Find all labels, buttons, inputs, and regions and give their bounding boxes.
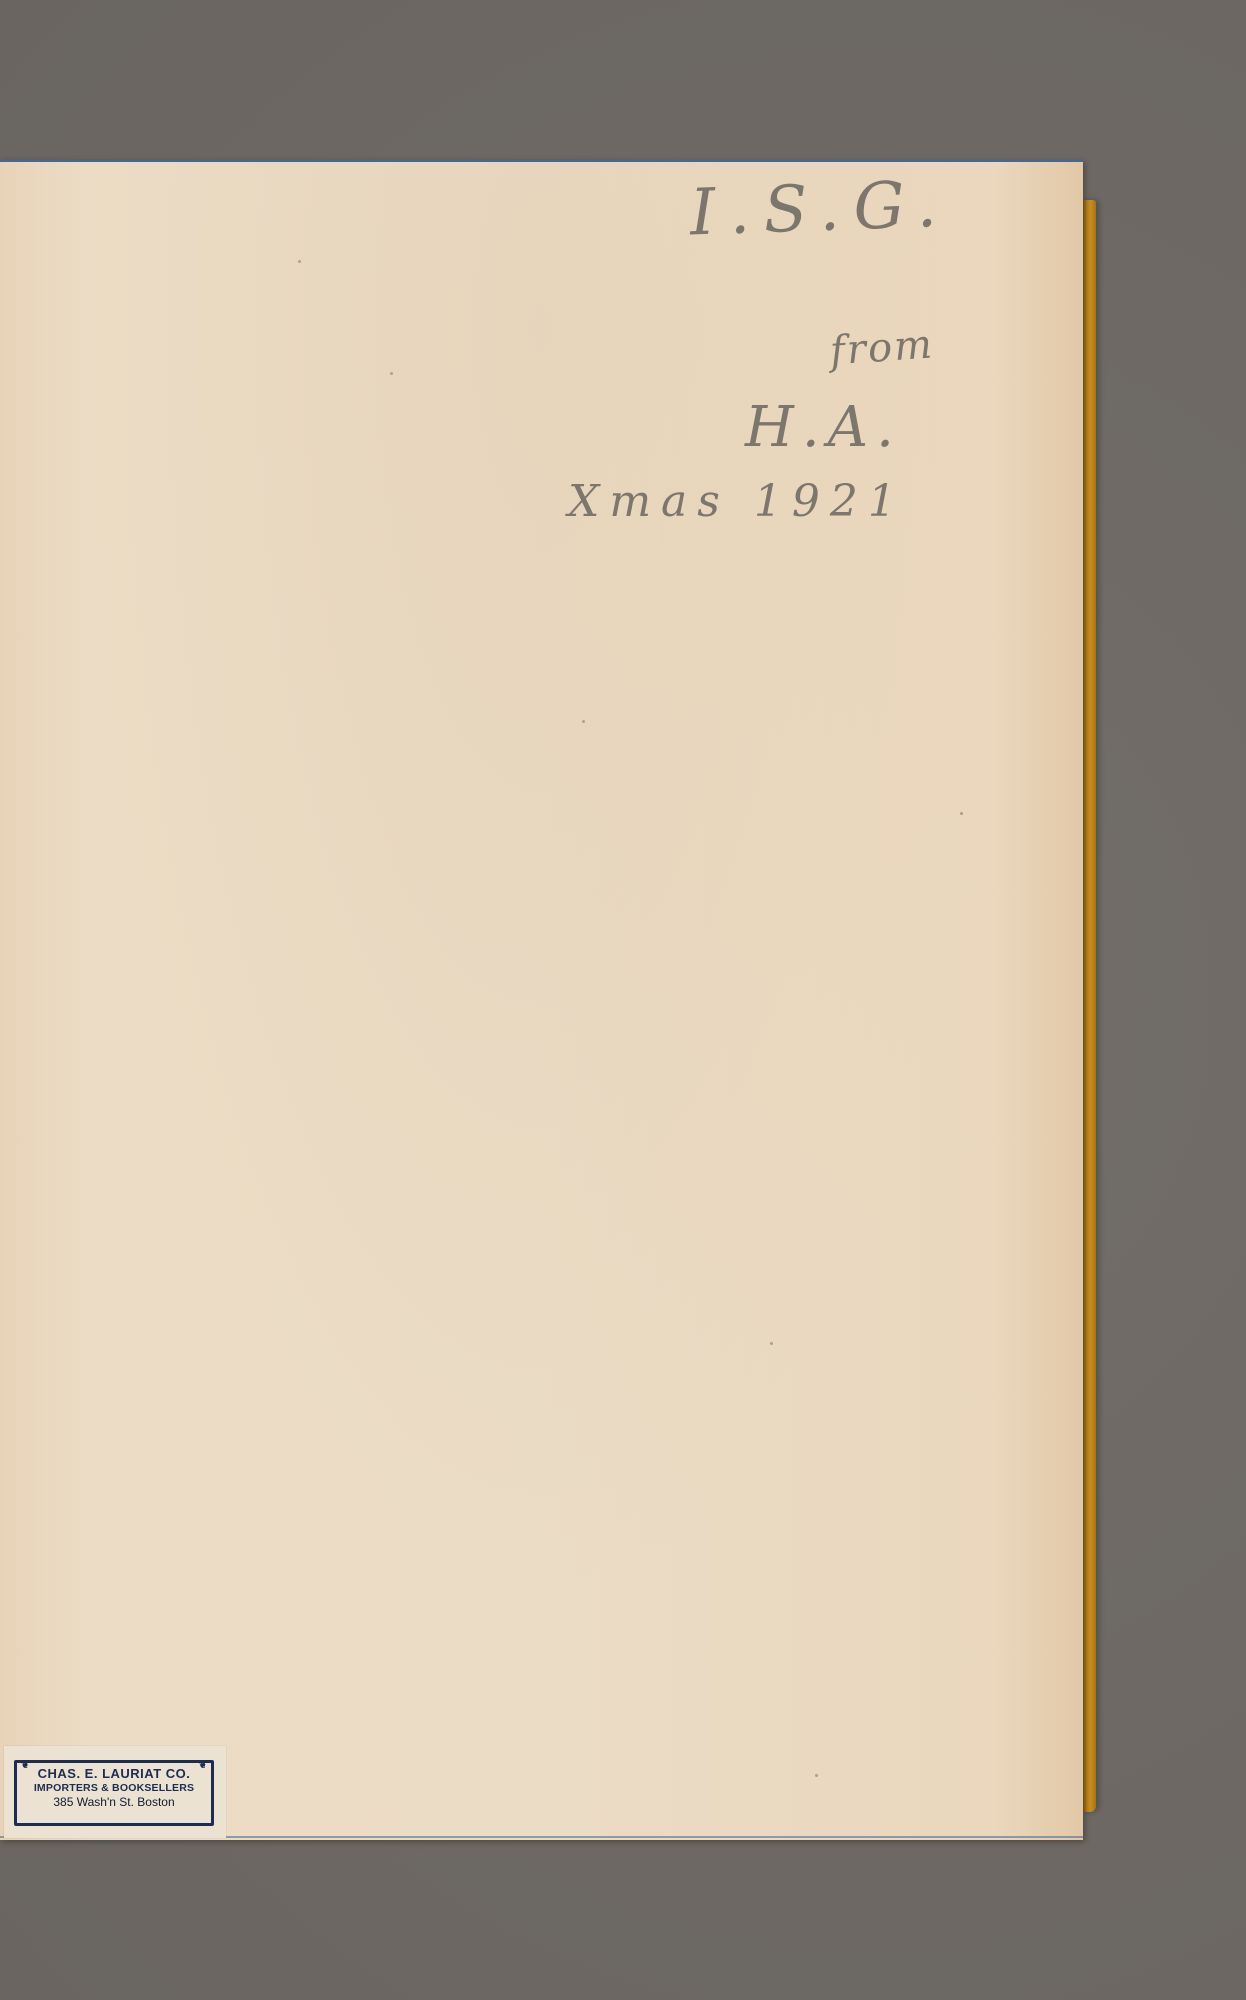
ticket-trade: IMPORTERS & BOOKSELLERS [21,1783,207,1794]
inscription-recipient: I.S.G. [689,167,952,250]
flourish-icon: ❦ [21,1761,29,1772]
inscription-from: from [829,321,936,374]
ticket-company-name: CHAS. E. LAURIAT CO. [21,1767,207,1781]
inscription-giver: H.A. [745,395,902,460]
paper-speck [298,260,301,263]
paper-speck [770,1342,773,1345]
inscription-date: Xmas 1921 [568,476,906,527]
paper-speck [390,372,393,375]
bookseller-ticket: ❦ ❦ CHAS. E. LAURIAT CO. IMPORTERS & BOO… [4,1746,226,1838]
ticket-address: 385 Wash'n St. Boston [21,1796,207,1809]
flourish-icon: ❦ [199,1761,207,1772]
paper-speck [582,720,585,723]
ticket-border: ❦ ❦ CHAS. E. LAURIAT CO. IMPORTERS & BOO… [14,1760,214,1826]
paper-speck [815,1774,818,1777]
endpaper-page [0,160,1083,1840]
book-page-edge [1082,200,1096,1812]
paper-speck [960,812,963,815]
